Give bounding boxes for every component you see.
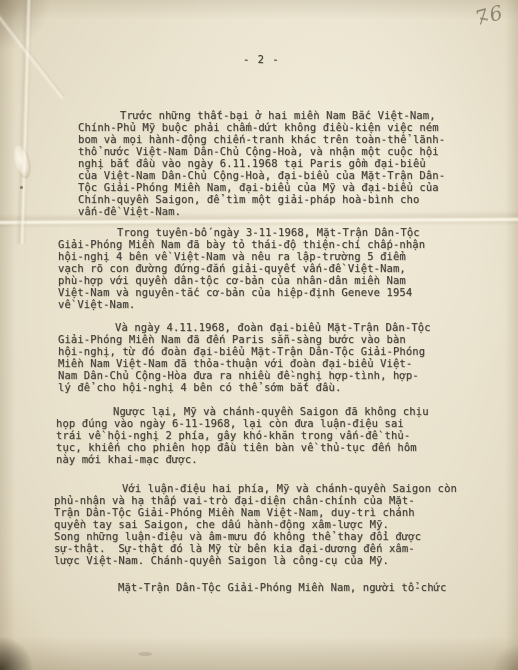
text-line: lý để cho hội-nghị 4 bên có thể sớm bắt … [58,382,431,394]
text-line: Giải-Phóng Miền Nam đã bày tỏ thái-độ th… [58,239,425,251]
paragraph-1: Trước những thất-bại ở hai miền Nam Bắc … [78,110,445,218]
text-line: vấn-đề Việt-Nam. [78,206,445,218]
document-page: 76 - 2 - Trước những thất-bại ở hai miền… [0,0,518,670]
closing-line: Mặt-Trận Dân-Tộc Giải-Phóng Miền Nam, ng… [118,582,447,594]
paragraph-4: Ngược lại, Mỹ và chánh-quyền Saigon đã k… [56,406,429,466]
paragraph-5: Với luận-điệu hai phía, Mỹ và chánh-quyề… [54,483,457,567]
text-line: quyền tay sai Saigon, che dấu hành-động … [54,519,457,531]
text-line: Trận Dân-Tộc Giải-Phóng Miền Nam Việt-Na… [54,507,457,519]
text-line: thổ nước Việt-Nam Dân-Chủ Cộng-Hoà, và n… [78,146,445,158]
text-line: Với luận-điệu hai phía, Mỹ và chánh-quyề… [122,483,457,495]
text-line: nghị bắt đầu vào ngày 6.11.1968 tại Pari… [78,158,445,170]
text-line: hội-nghị, từ đó đoàn đại-biểu Mặt-Trận D… [58,346,431,358]
text-line: Tộc Giải-Phóng Miền Nam, đại-biểu của Mỹ… [78,182,445,194]
text-line: sự-thật. Sự-thật đó là Mỹ từ bên kia đại… [54,543,457,555]
page-number: - 2 - [243,54,280,66]
text-line: Chính-quyền Saigon, để tìm một giải-pháp… [78,194,445,206]
text-line: này mới khai-mạc được. [56,454,429,466]
text-line: Trong tuyên-bố ngày 3-11-1968, Mặt-Trận … [117,227,425,239]
text-line: Giải-Phóng Miền Nam đã đến Paris sẵn-sàn… [58,334,431,346]
text-line: Song những luận-điệu và âm-mưu đó không … [54,531,457,543]
text-line: lược Việt-Nam. Chánh-quyền Saigon là côn… [54,555,457,567]
text-line: Và ngày 4.11.1968, đoàn đại-biểu Mặt-Trậ… [115,322,431,334]
text-line: hội-nghị 4 bên về Việt-Nam và nêu ra lập… [58,251,425,263]
text-line: trái về hội-nghị 2 phía, gây khó-khăn tr… [56,430,429,442]
text-line: bom và mọi hành-động chiến-tranh khác tr… [78,134,445,146]
paper-speck [20,186,23,189]
text-line: Miền Nam Việt-Nam đã thỏa-thuận với đoàn… [58,358,431,370]
paper-smudge [138,652,152,656]
text-line: họp đúng vào ngày 6-11-1968, lại còn đưa… [56,418,429,430]
handwritten-page-number: 76 [472,0,506,30]
text-line: phù-hợp với quyền dân-tộc cơ-bản của nhâ… [58,275,425,287]
paragraph-2: Trong tuyên-bố ngày 3-11-1968, Mặt-Trận … [58,227,425,311]
text-line: Mặt-Trận Dân-Tộc Giải-Phóng Miền Nam, ng… [118,582,447,594]
text-line: phủ-nhận và hạ thấp vai-trò đại-diện châ… [54,495,457,507]
text-line: vạch rõ con đường đứng-đắn giải-quyết vấ… [58,263,425,275]
text-line: Ngược lại, Mỹ và chánh-quyền Saigon đã k… [113,406,429,418]
text-line: của Việt-Nam Dân-Chủ Cộng-Hoà, đại-biểu … [78,170,445,182]
text-line: Nam Dân-Chủ Cộng-Hòa đưa ra nhiều đề-ngh… [58,370,431,382]
text-line: Chính-Phủ Mỹ buộc phải chấm-dứt không đi… [78,122,445,134]
text-line: tục, khiến cho phiên họp đầu tiên bàn về… [56,442,429,454]
paper-dimple [11,144,34,181]
text-line: về Việt-Nam. [58,299,425,311]
text-line: Việt-Nam và nguyên-tắc cơ-bản của hiệp-đ… [58,287,425,299]
paragraph-3: Và ngày 4.11.1968, đoàn đại-biểu Mặt-Trậ… [58,322,431,394]
text-line: Trước những thất-bại ở hai miền Nam Bắc … [120,110,445,122]
